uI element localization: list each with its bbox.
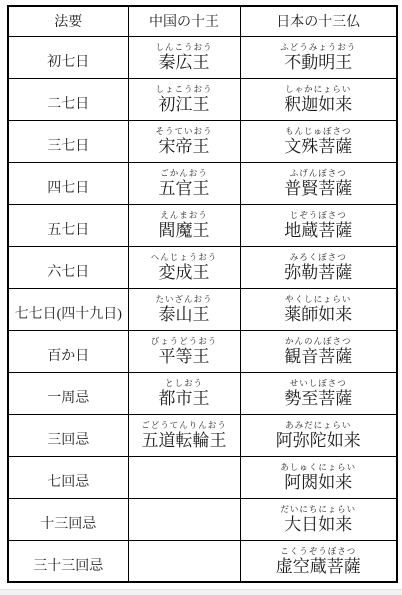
column-header-hoyo: 法要 xyxy=(8,6,128,36)
cell-hoyo: 十三回忌 xyxy=(8,498,128,540)
hoyo-label: 七回忌 xyxy=(9,473,128,493)
buddha-furigana: もんじゅぼさつ xyxy=(241,125,397,137)
king-name: 初江王 xyxy=(129,95,240,115)
table-row: 四七日 ごかんおう 五官王 ふげんぼさつ 普賢菩薩 xyxy=(8,162,397,204)
buddha-name: 不動明王 xyxy=(241,53,397,73)
page: 法要 中国の十王 日本の十三仏 初七日 しんこうおう 秦広王 ふどうみょうおう … xyxy=(0,0,402,595)
buddha-furigana: あみだにょらい xyxy=(241,419,397,431)
buddha-name: 阿弥陀如来 xyxy=(241,431,397,451)
cell-buddha: あみだにょらい 阿弥陀如来 xyxy=(240,414,397,456)
cell-buddha: かんのんぼさつ 観音菩薩 xyxy=(240,330,397,372)
buddha-name: 普賢菩薩 xyxy=(241,179,397,199)
cell-king-empty xyxy=(128,456,240,498)
king-name: 五官王 xyxy=(129,179,240,199)
buddha-name: 文殊菩薩 xyxy=(241,137,397,157)
table-row: 三回忌 ごどうてんりんおう 五道転輪王 あみだにょらい 阿弥陀如来 xyxy=(8,414,397,456)
cell-buddha: じぞうぼさつ 地蔵菩薩 xyxy=(240,204,397,246)
cell-buddha: こくうぞうぼさつ 虚空蔵菩薩 xyxy=(240,540,397,582)
hoyo-label: 三七日 xyxy=(9,137,128,157)
cell-hoyo: 百か日 xyxy=(8,330,128,372)
cell-king: そうていおう 宋帝王 xyxy=(128,120,240,162)
table-row: 二七日 しょこうおう 初江王 しゃかにょらい 釈迦如来 xyxy=(8,78,397,120)
cell-king: しんこうおう 秦広王 xyxy=(128,36,240,78)
cell-hoyo: 二七日 xyxy=(8,78,128,120)
furigana-spacer xyxy=(9,209,128,221)
cell-king: しょこうおう 初江王 xyxy=(128,78,240,120)
buddha-furigana: かんのんぼさつ xyxy=(241,335,397,347)
king-name: 変成王 xyxy=(129,263,240,283)
cell-king: としおう 都市王 xyxy=(128,372,240,414)
king-furigana: びょうどうおう xyxy=(129,335,240,347)
cell-hoyo: 一周忌 xyxy=(8,372,128,414)
king-name: 宋帝王 xyxy=(129,137,240,157)
cell-king: たいざんおう 泰山王 xyxy=(128,288,240,330)
cell-buddha: せいしぼさつ 勢至菩薩 xyxy=(240,372,397,414)
table-header: 法要 中国の十王 日本の十三仏 xyxy=(8,6,397,36)
table-row: 七七日(四十九日) たいざんおう 泰山王 やくしにょらい 薬師如来 xyxy=(8,288,397,330)
cell-buddha: しゃかにょらい 釈迦如来 xyxy=(240,78,397,120)
hoyo-label: 七七日(四十九日) xyxy=(9,305,128,325)
buddha-name: 弥勒菩薩 xyxy=(241,263,397,283)
table-row: 六七日 へんじょうおう 変成王 みろくぼさつ 弥勒菩薩 xyxy=(8,246,397,288)
cell-buddha: もんじゅぼさつ 文殊菩薩 xyxy=(240,120,397,162)
buddha-furigana: ふどうみょうおう xyxy=(241,41,397,53)
king-furigana: へんじょうおう xyxy=(129,251,240,263)
king-name: 閻魔王 xyxy=(129,221,240,241)
buddha-name: 阿閦如来 xyxy=(241,473,397,493)
buddha-name: 薬師如来 xyxy=(241,305,397,325)
cell-hoyo: 六七日 xyxy=(8,246,128,288)
cell-hoyo: 三回忌 xyxy=(8,414,128,456)
buddha-name: 虚空蔵菩薩 xyxy=(241,557,397,577)
hoyo-label: 二七日 xyxy=(9,95,128,115)
table-row: 一周忌 としおう 都市王 せいしぼさつ 勢至菩薩 xyxy=(8,372,397,414)
hoyo-label: 三回忌 xyxy=(9,431,128,451)
king-furigana: ごどうてんりんおう xyxy=(129,419,240,431)
buddha-furigana: じぞうぼさつ xyxy=(241,209,397,221)
furigana-spacer xyxy=(9,125,128,137)
cell-king: ごどうてんりんおう 五道転輪王 xyxy=(128,414,240,456)
hoyo-label: 六七日 xyxy=(9,263,128,283)
hoyo-label: 百か日 xyxy=(9,347,128,367)
column-header-china-ten-kings: 中国の十王 xyxy=(128,6,240,36)
king-furigana: しょこうおう xyxy=(129,83,240,95)
cell-hoyo: 四七日 xyxy=(8,162,128,204)
furigana-spacer xyxy=(9,293,128,305)
king-furigana: たいざんおう xyxy=(129,293,240,305)
king-furigana: えんまおう xyxy=(129,209,240,221)
table-row: 五七日 えんまおう 閻魔王 じぞうぼさつ 地蔵菩薩 xyxy=(8,204,397,246)
buddha-furigana: みろくぼさつ xyxy=(241,251,397,263)
cell-buddha: あしゅくにょらい 阿閦如来 xyxy=(240,456,397,498)
cell-king: えんまおう 閻魔王 xyxy=(128,204,240,246)
cell-buddha: ふどうみょうおう 不動明王 xyxy=(240,36,397,78)
hoyo-label: 三十三回忌 xyxy=(9,557,128,577)
table-row: 三七日 そうていおう 宋帝王 もんじゅぼさつ 文殊菩薩 xyxy=(8,120,397,162)
cell-king-empty xyxy=(128,498,240,540)
cell-hoyo: 三十三回忌 xyxy=(8,540,128,582)
furigana-spacer xyxy=(9,335,128,347)
header-row: 法要 中国の十王 日本の十三仏 xyxy=(8,6,397,36)
cell-buddha: やくしにょらい 薬師如来 xyxy=(240,288,397,330)
cell-hoyo: 三七日 xyxy=(8,120,128,162)
table-row: 三十三回忌 こくうぞうぼさつ 虚空蔵菩薩 xyxy=(8,540,397,582)
king-furigana: そうていおう xyxy=(129,125,240,137)
buddha-furigana: ふげんぼさつ xyxy=(241,167,397,179)
furigana-spacer xyxy=(9,41,128,53)
furigana-spacer xyxy=(9,503,128,515)
cell-hoyo: 七回忌 xyxy=(8,456,128,498)
furigana-spacer xyxy=(9,251,128,263)
furigana-spacer xyxy=(9,377,128,389)
king-furigana: しんこうおう xyxy=(129,41,240,53)
furigana-spacer xyxy=(9,545,128,557)
furigana-spacer xyxy=(9,167,128,179)
king-name: 泰山王 xyxy=(129,305,240,325)
furigana-spacer xyxy=(9,83,128,95)
buddha-name: 大日如来 xyxy=(241,515,397,535)
table-body: 初七日 しんこうおう 秦広王 ふどうみょうおう 不動明王 二七日 しょこうおう xyxy=(8,36,397,582)
furigana-spacer xyxy=(9,419,128,431)
king-name: 平等王 xyxy=(129,347,240,367)
cell-king: びょうどうおう 平等王 xyxy=(128,330,240,372)
buddha-furigana: こくうぞうぼさつ xyxy=(241,545,397,557)
memorial-services-table: 法要 中国の十王 日本の十三仏 初七日 しんこうおう 秦広王 ふどうみょうおう … xyxy=(7,5,398,583)
king-furigana xyxy=(129,471,240,483)
buddha-furigana: やくしにょらい xyxy=(241,293,397,305)
cell-buddha: ふげんぼさつ 普賢菩薩 xyxy=(240,162,397,204)
hoyo-label: 一周忌 xyxy=(9,389,128,409)
furigana-spacer xyxy=(9,461,128,473)
buddha-furigana: だいにちにょらい xyxy=(241,503,397,515)
king-furigana: としおう xyxy=(129,377,240,389)
cell-king-empty xyxy=(128,540,240,582)
king-furigana: ごかんおう xyxy=(129,167,240,179)
king-name: 秦広王 xyxy=(129,53,240,73)
cell-king: ごかんおう 五官王 xyxy=(128,162,240,204)
buddha-furigana: あしゅくにょらい xyxy=(241,461,397,473)
cell-hoyo: 五七日 xyxy=(8,204,128,246)
hoyo-label: 五七日 xyxy=(9,221,128,241)
buddha-name: 地蔵菩薩 xyxy=(241,221,397,241)
buddha-name: 釈迦如来 xyxy=(241,95,397,115)
buddha-furigana: せいしぼさつ xyxy=(241,377,397,389)
king-furigana xyxy=(129,555,240,567)
buddha-name: 観音菩薩 xyxy=(241,347,397,367)
hoyo-label: 四七日 xyxy=(9,179,128,199)
king-name: 五道転輪王 xyxy=(129,431,240,451)
king-name: 都市王 xyxy=(129,389,240,409)
table-row: 七回忌 あしゅくにょらい 阿閦如来 xyxy=(8,456,397,498)
cell-buddha: だいにちにょらい 大日如来 xyxy=(240,498,397,540)
buddha-name: 勢至菩薩 xyxy=(241,389,397,409)
table-row: 初七日 しんこうおう 秦広王 ふどうみょうおう 不動明王 xyxy=(8,36,397,78)
cell-hoyo: 初七日 xyxy=(8,36,128,78)
page-bottom-strip xyxy=(0,589,402,595)
king-furigana xyxy=(129,513,240,525)
table-row: 百か日 びょうどうおう 平等王 かんのんぼさつ 観音菩薩 xyxy=(8,330,397,372)
buddha-furigana: しゃかにょらい xyxy=(241,83,397,95)
table-row: 十三回忌 だいにちにょらい 大日如来 xyxy=(8,498,397,540)
cell-king: へんじょうおう 変成王 xyxy=(128,246,240,288)
hoyo-label: 初七日 xyxy=(9,53,128,73)
cell-hoyo: 七七日(四十九日) xyxy=(8,288,128,330)
cell-buddha: みろくぼさつ 弥勒菩薩 xyxy=(240,246,397,288)
column-header-japan-thirteen-buddhas: 日本の十三仏 xyxy=(240,6,397,36)
hoyo-label: 十三回忌 xyxy=(9,515,128,535)
